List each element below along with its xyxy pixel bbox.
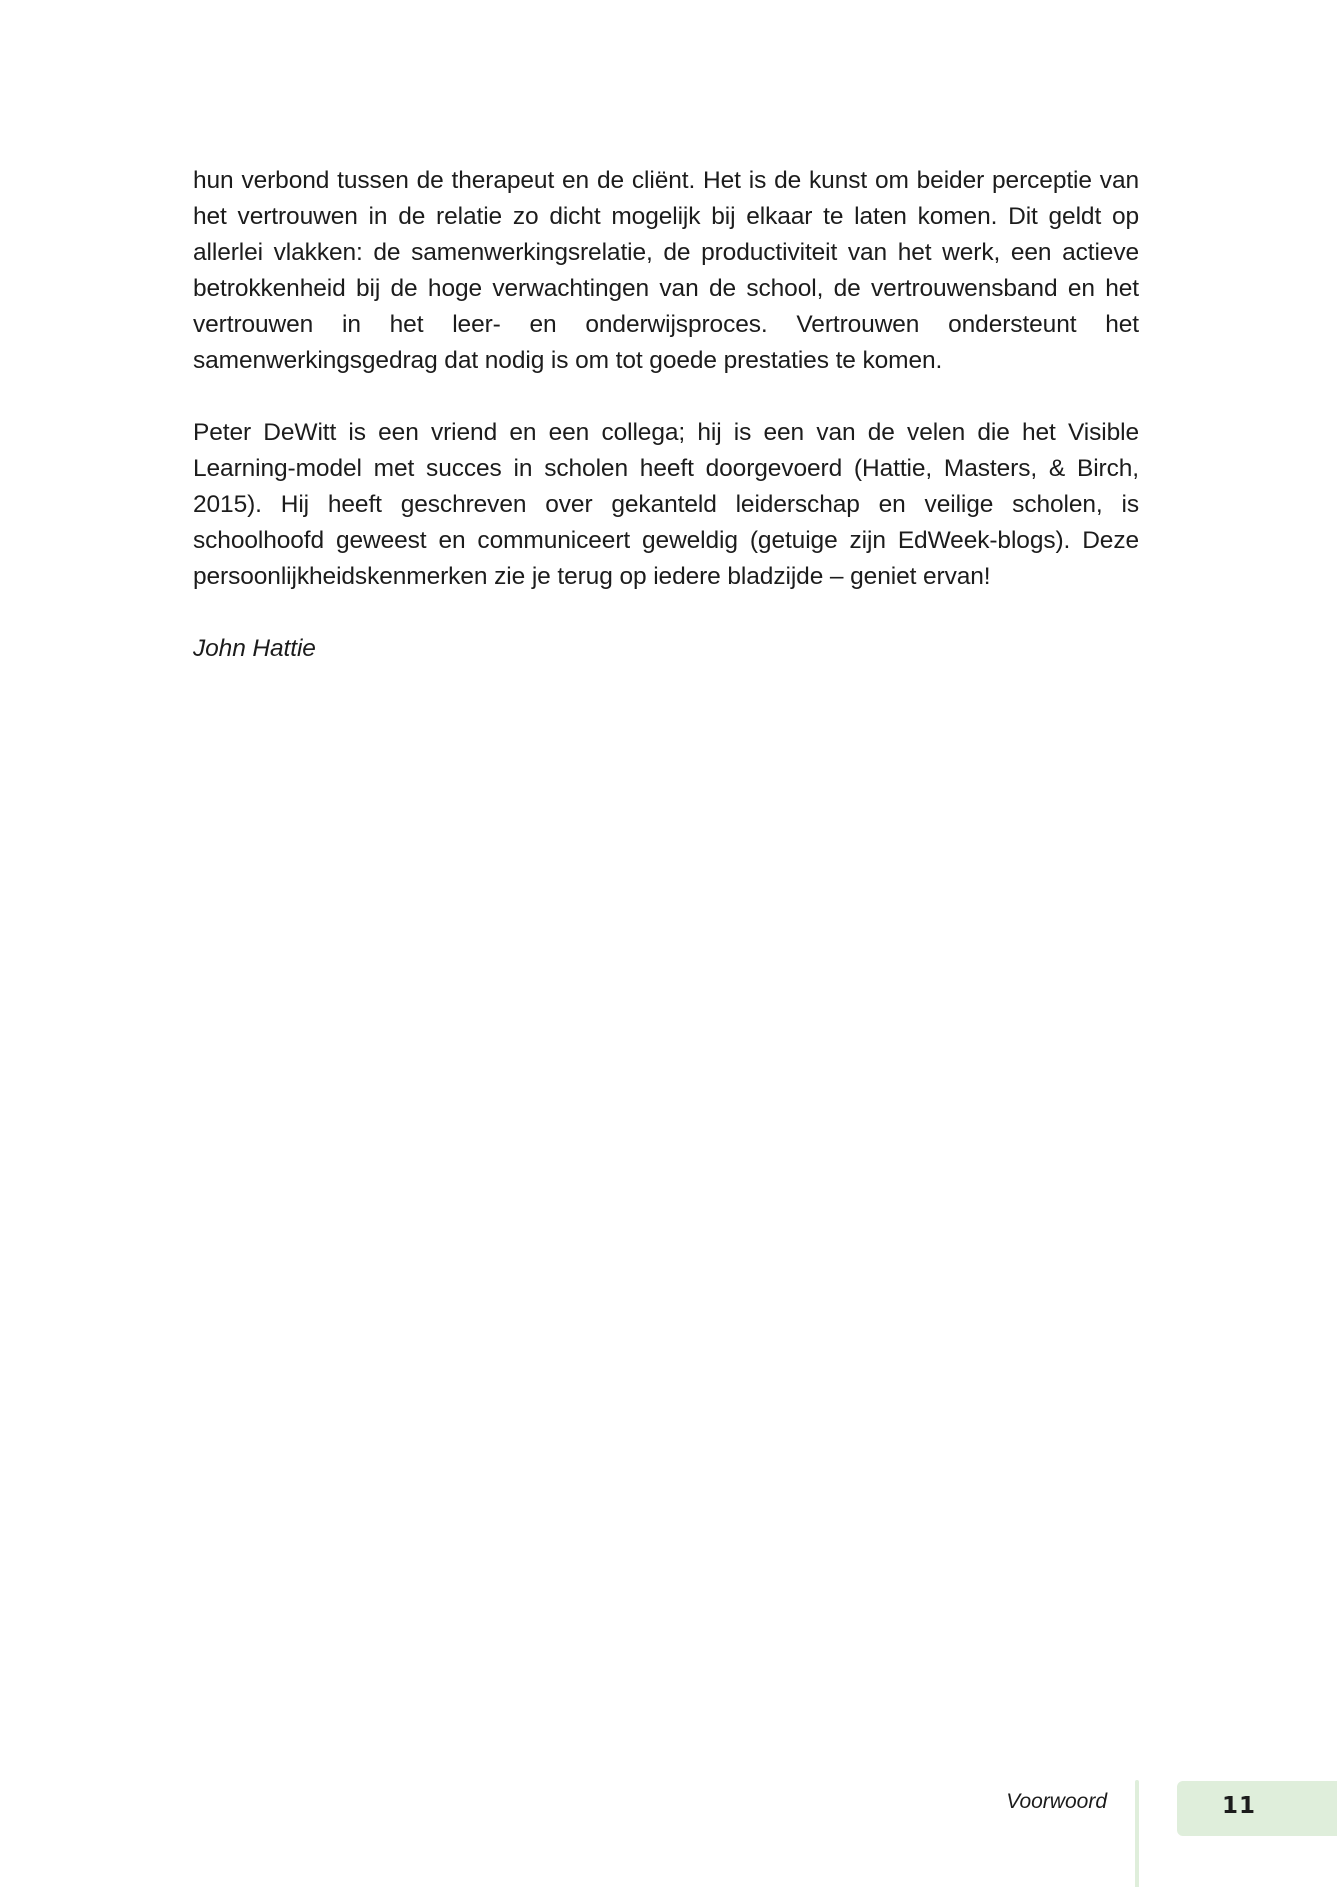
- page-number-tab: 11: [1177, 1781, 1337, 1836]
- body-text: hun verbond tussen de therapeut en de cl…: [193, 163, 1139, 703]
- document-page: hun verbond tussen de therapeut en de cl…: [0, 0, 1337, 1887]
- paragraph-trust: hun verbond tussen de therapeut en de cl…: [193, 163, 1139, 379]
- running-footer-section: Voorwoord: [1006, 1790, 1107, 1814]
- author-signature: John Hattie: [193, 631, 1139, 667]
- page-number: 11: [1222, 1793, 1256, 1819]
- footer-divider: [1135, 1780, 1139, 1887]
- paragraph-dewitt: Peter DeWitt is een vriend en een colleg…: [193, 415, 1139, 595]
